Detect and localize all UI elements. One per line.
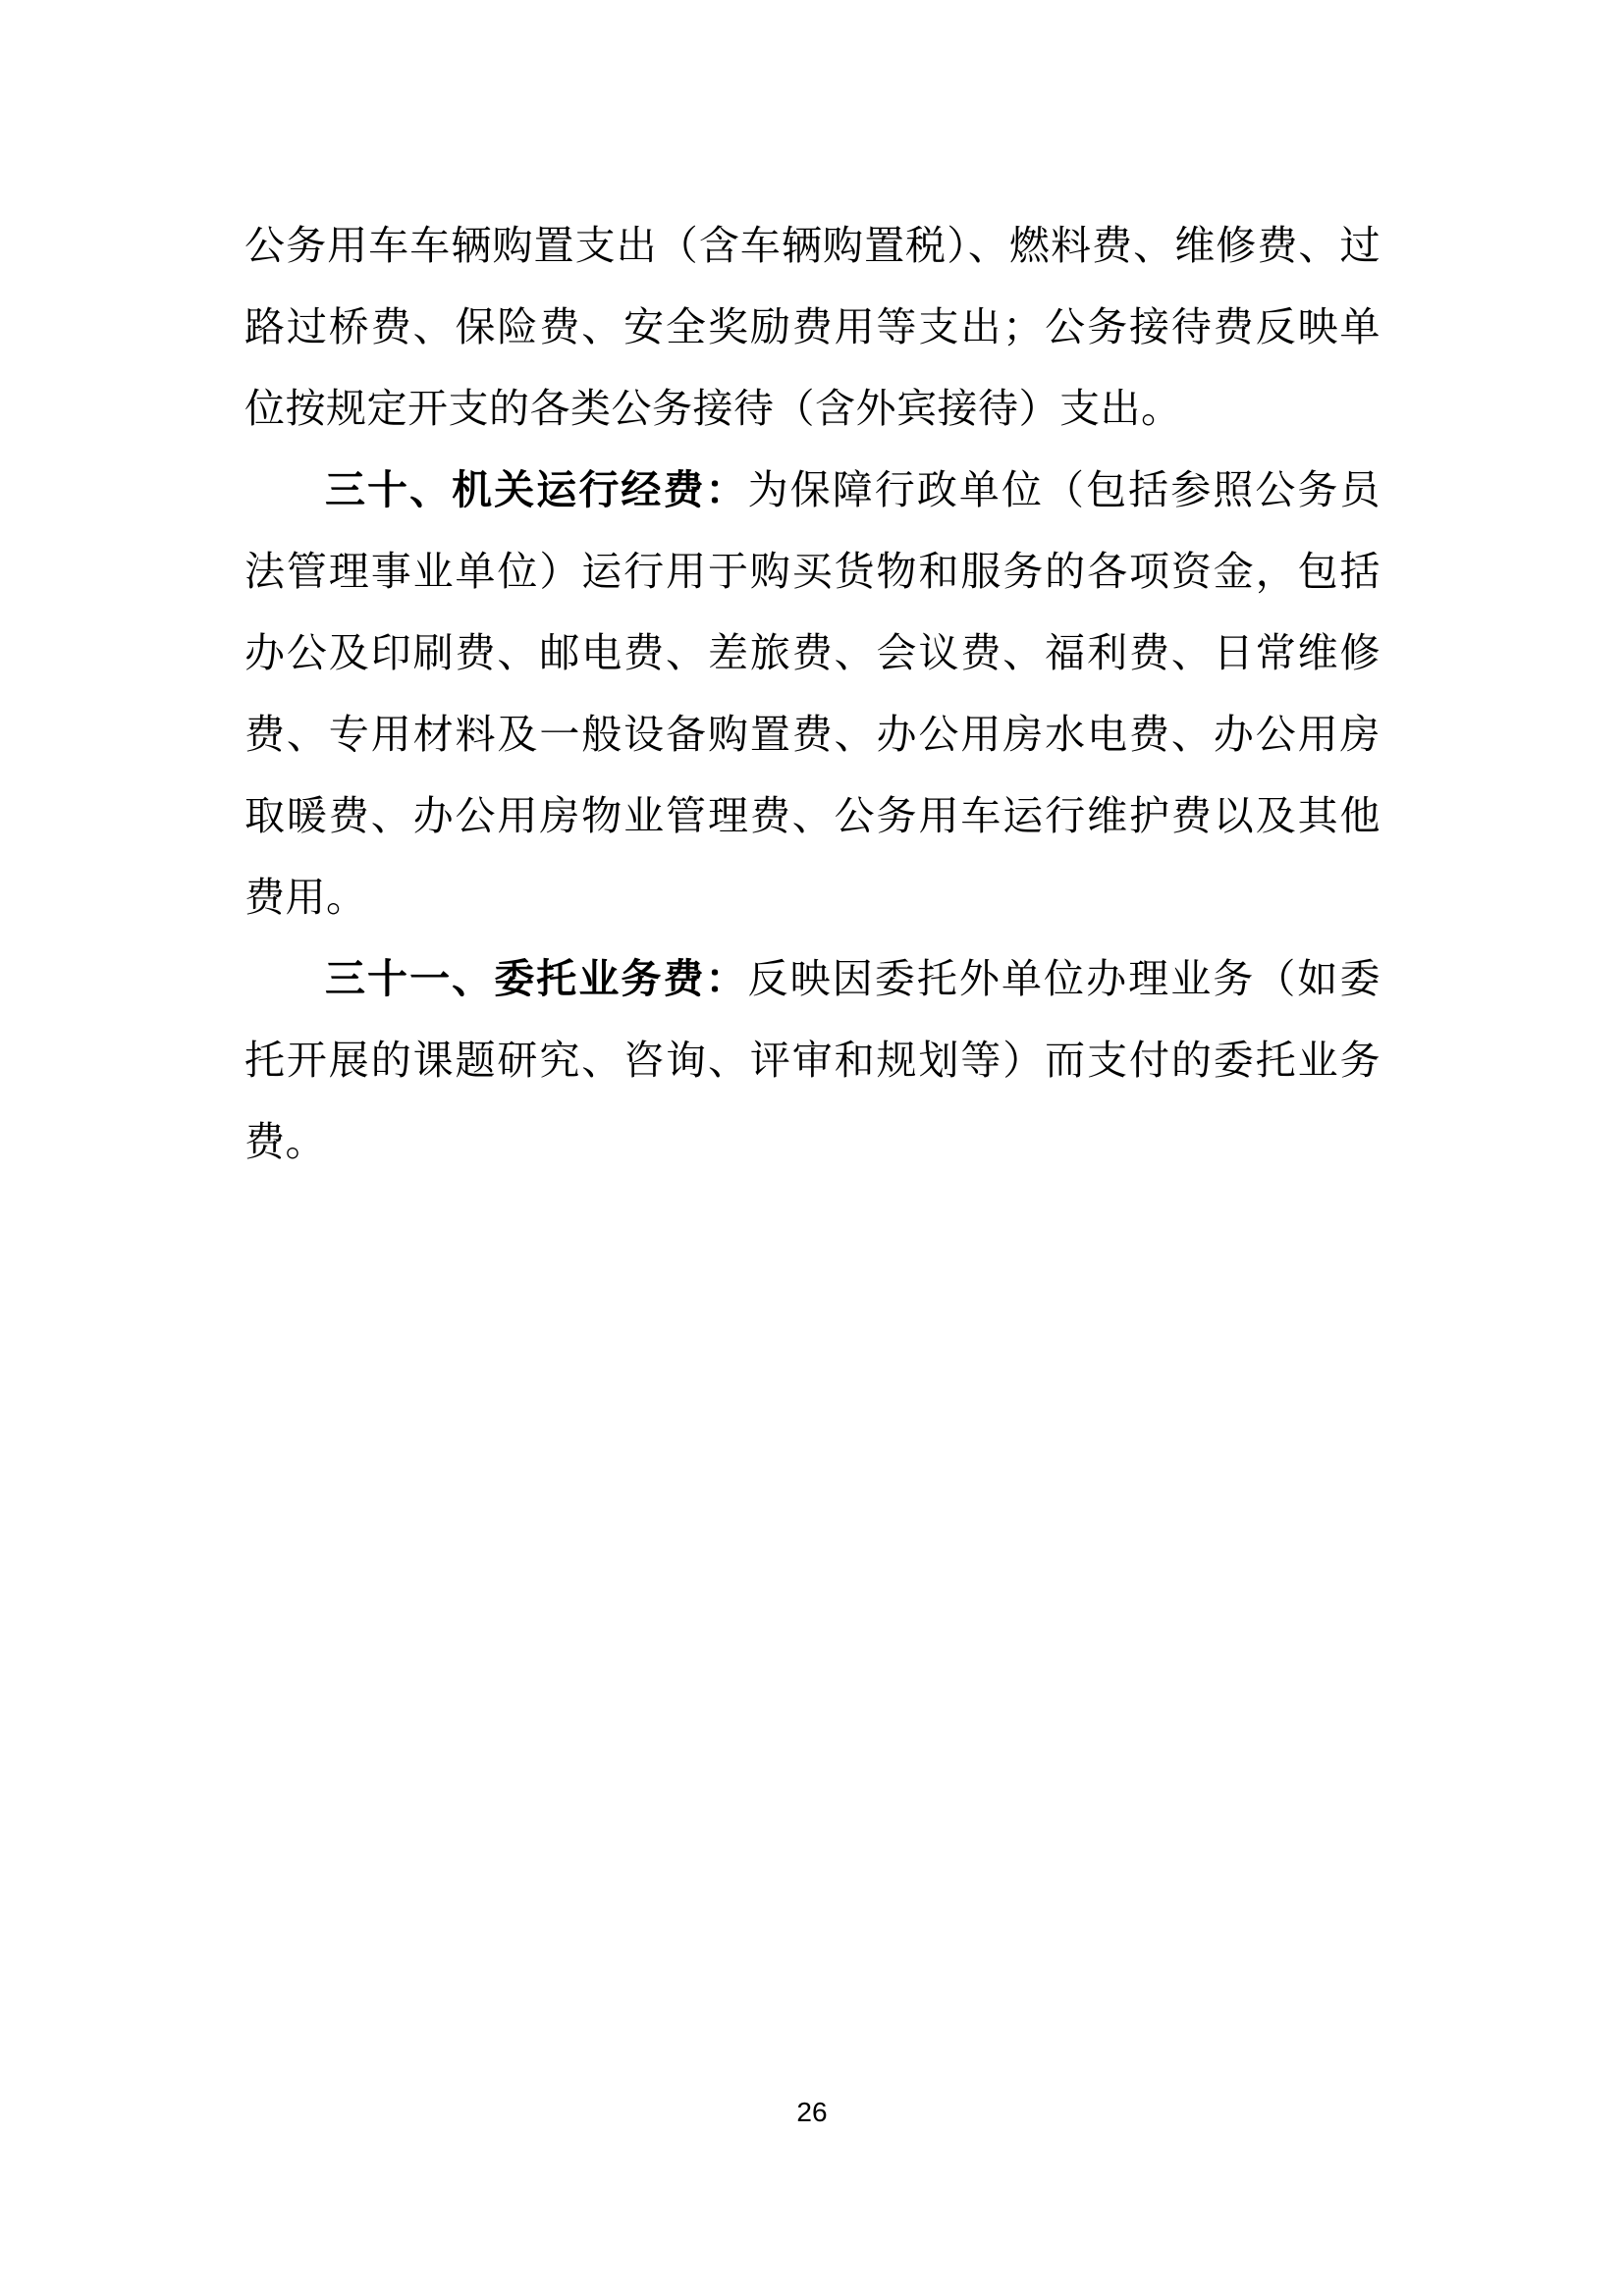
paragraph-section-31: 三十一、委托业务费：反映因委托外单位办理业务（如委托开展的课题研究、咨询、评审和… — [244, 938, 1380, 1183]
paragraph-section-30: 三十、机关运行经费：为保障行政单位（包括参照公务员法管理事业单位）运行用于购买货… — [244, 450, 1380, 938]
page-number: 26 — [0, 2097, 1624, 2128]
section-heading-agency-operating-funds: 三十、机关运行经费： — [325, 467, 748, 512]
document-page: 公务用车车辆购置支出（含车辆购置税）、燃料费、维修费、过路过桥费、保险费、安全奖… — [0, 0, 1624, 2296]
document-body: 公务用车车辆购置支出（含车辆购置税）、燃料费、维修费、过路过桥费、保险费、安全奖… — [244, 205, 1380, 1183]
paragraph-vehicle-expense: 公务用车车辆购置支出（含车辆购置税）、燃料费、维修费、过路过桥费、保险费、安全奖… — [244, 205, 1380, 450]
section-heading-entrusted-business-fee: 三十一、委托业务费： — [325, 956, 748, 1001]
paragraph-text: 公务用车车辆购置支出（含车辆购置税）、燃料费、维修费、过路过桥费、保险费、安全奖… — [244, 223, 1380, 431]
paragraph-text: 为保障行政单位（包括参照公务员法管理事业单位）运行用于购买货物和服务的各项资金，… — [244, 467, 1380, 920]
